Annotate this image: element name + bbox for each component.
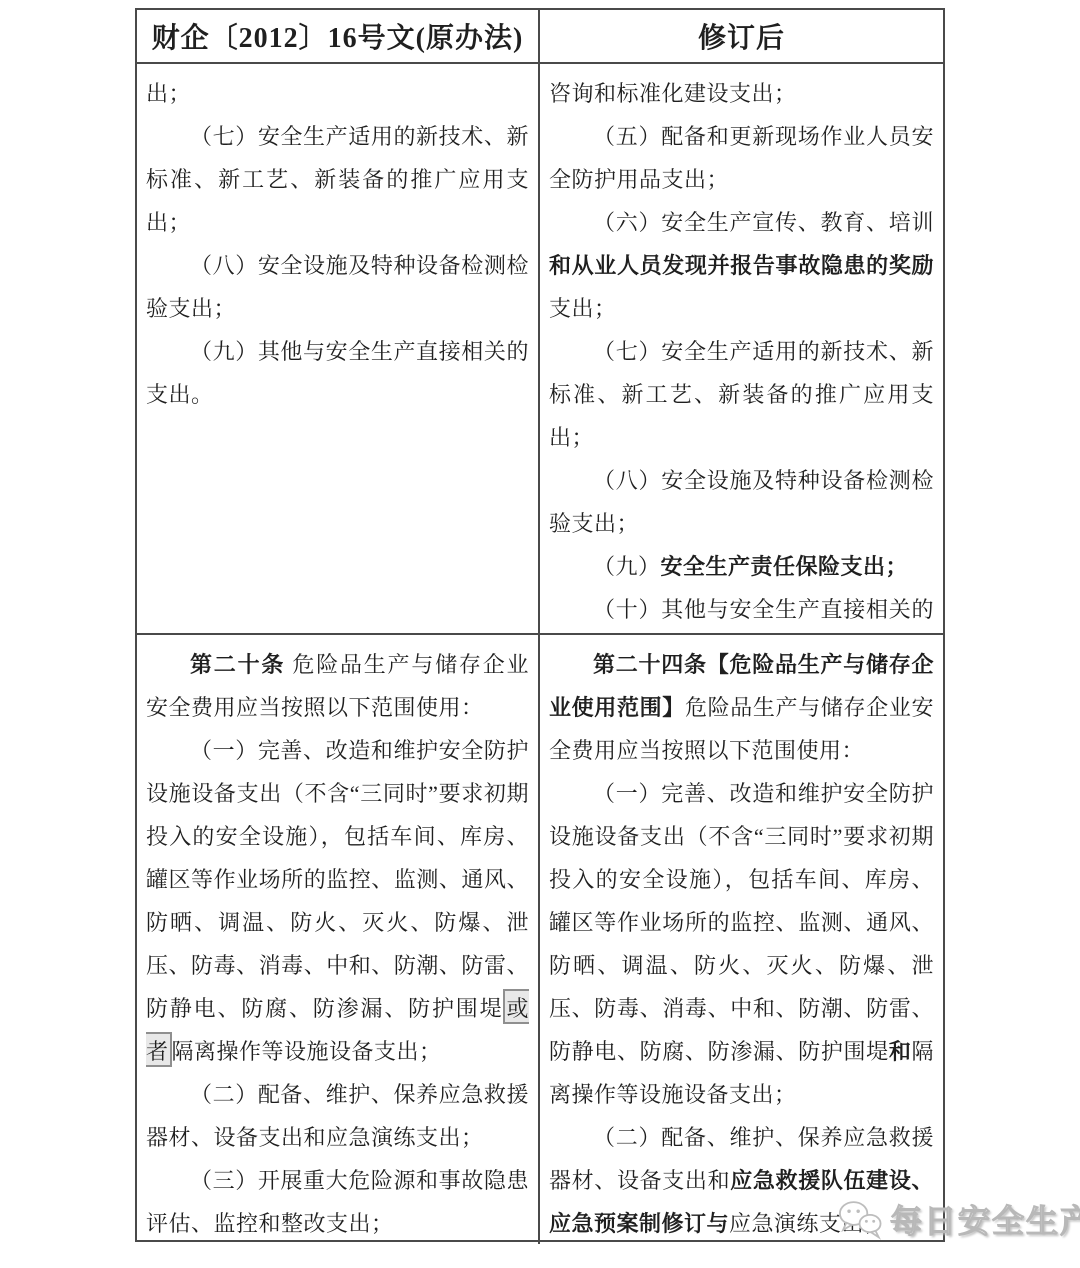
paragraph: （三）开展重大危险源和事故隐患评估、监控和整改支出； bbox=[146, 1159, 529, 1244]
cell-original-row2: 第二十条 危险品生产与储存企业安全费用应当按照以下范围使用：（一）完善、改造和维… bbox=[137, 635, 540, 1244]
header-revised-label: 修订后 bbox=[698, 16, 785, 56]
revision-bold-text: 第二十条 bbox=[190, 652, 285, 677]
paragraph: 出； bbox=[146, 72, 529, 115]
paragraph: （一）完善、改造和维护安全防护设施设备支出（不含“三同时”要求初期投入的安全设施… bbox=[146, 729, 529, 1073]
paragraph: （二）配备、维护、保养应急救援器材、设备支出和应急演练支出； bbox=[146, 1073, 529, 1159]
paragraph: （八）安全设施及特种设备检测检验支出； bbox=[549, 459, 934, 545]
paragraph: （五）配备和更新现场作业人员安全防护用品支出； bbox=[549, 115, 934, 201]
paragraph: （二）配备、维护、保养应急救援器材、设备支出和应急救援队伍建设、应急预案制修订与… bbox=[549, 1116, 934, 1244]
paragraph: （十）其他与安全生产直接相关的支出。 bbox=[549, 588, 934, 635]
paragraph: （七）安全生产适用的新技术、新标准、新工艺、新装备的推广应用支出； bbox=[146, 115, 529, 244]
paragraph: （一）完善、改造和维护安全防护设施设备支出（不含“三同时”要求初期投入的安全设施… bbox=[549, 772, 934, 1116]
text-segment: （二）配备、维护、保养应急救援器材、设备支出和应急演练支出； bbox=[146, 1082, 529, 1150]
header-revised: 修订后 bbox=[540, 10, 943, 64]
cell-revised-row2: 第二十四条【危险品生产与储存企业使用范围】危险品生产与储存企业安全费用应当按照以… bbox=[540, 635, 943, 1244]
cell-revised-row1: 咨询和标准化建设支出；（五）配备和更新现场作业人员安全防护用品支出；（六）安全生… bbox=[540, 64, 943, 635]
text-segment: （三）开展重大危险源和事故隐患评估、监控和整改支出； bbox=[146, 1168, 529, 1236]
text-segment: （九）其他与安全生产直接相关的支出。 bbox=[146, 339, 529, 407]
text-segment: （八）安全设施及特种设备检测检验支出； bbox=[549, 468, 934, 536]
text-segment: （七）安全生产适用的新技术、新标准、新工艺、新装备的推广应用支出； bbox=[146, 124, 529, 235]
text-segment: （九） bbox=[593, 554, 661, 579]
header-original: 财企〔2012〕16号文(原办法) bbox=[137, 10, 540, 64]
revision-bold-text: 和从业人员发现并报告事故隐患的奖励 bbox=[549, 253, 934, 278]
paragraph: （九）其他与安全生产直接相关的支出。 bbox=[146, 330, 529, 416]
paragraph: （九）安全生产责任保险支出； bbox=[549, 545, 934, 588]
text-segment: （六）安全生产宣传、教育、培训 bbox=[593, 210, 934, 235]
text-segment: （十）其他与安全生产直接相关的支出。 bbox=[549, 597, 934, 635]
text-segment: （一）完善、改造和维护安全防护设施设备支出（不含“三同时”要求初期投入的安全设施… bbox=[146, 738, 529, 1021]
paragraph: 咨询和标准化建设支出； bbox=[549, 72, 934, 115]
text-segment: 咨询和标准化建设支出； bbox=[549, 81, 797, 106]
paragraph: 第二十条 危险品生产与储存企业安全费用应当按照以下范围使用： bbox=[146, 643, 529, 729]
header-original-label: 财企〔2012〕16号文(原办法) bbox=[152, 16, 524, 56]
paragraph: 第二十四条【危险品生产与储存企业使用范围】危险品生产与储存企业安全费用应当按照以… bbox=[549, 643, 934, 772]
revision-bold-text: 和 bbox=[889, 1039, 912, 1064]
paragraph: （六）安全生产宣传、教育、培训和从业人员发现并报告事故隐患的奖励支出； bbox=[549, 201, 934, 330]
cell-original-row1: 出；（七）安全生产适用的新技术、新标准、新工艺、新装备的推广应用支出；（八）安全… bbox=[137, 64, 540, 635]
text-segment: 支出； bbox=[549, 296, 617, 321]
paragraph: （八）安全设施及特种设备检测检验支出； bbox=[146, 244, 529, 330]
text-segment: 隔离操作等设施设备支出； bbox=[172, 1039, 442, 1064]
text-segment: （一）完善、改造和维护安全防护设施设备支出（不含“三同时”要求初期投入的安全设施… bbox=[549, 781, 934, 1064]
document-page: 财企〔2012〕16号文(原办法) 修订后 出；（七）安全生产适用的新技术、新标… bbox=[0, 0, 1080, 1268]
text-segment: 出； bbox=[146, 81, 191, 106]
text-segment: （八）安全设施及特种设备检测检验支出； bbox=[146, 253, 529, 321]
revision-bold-text: 安全生产责任保险支出； bbox=[661, 554, 909, 579]
text-segment: （五）配备和更新现场作业人员安全防护用品支出； bbox=[549, 124, 934, 192]
text-segment: 应急演练支出； bbox=[729, 1211, 887, 1236]
paragraph: （七）安全生产适用的新技术、新标准、新工艺、新装备的推广应用支出； bbox=[549, 330, 934, 459]
comparison-table: 财企〔2012〕16号文(原办法) 修订后 出；（七）安全生产适用的新技术、新标… bbox=[135, 8, 945, 1242]
text-segment: （七）安全生产适用的新技术、新标准、新工艺、新装备的推广应用支出； bbox=[549, 339, 934, 450]
